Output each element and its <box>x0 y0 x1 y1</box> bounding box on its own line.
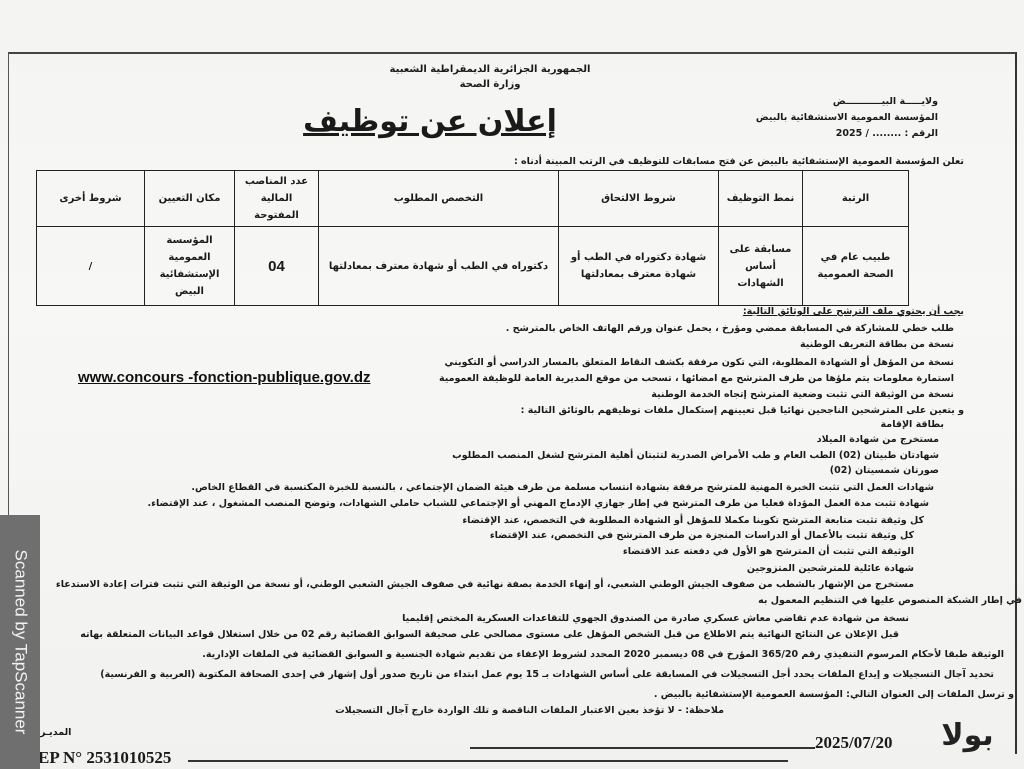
doc-item: مستخرج من الإشهار بالشطب من صفوف الجيش ا… <box>34 578 914 591</box>
cell-rank: طبيب عام في الصحة العمومية <box>803 227 909 306</box>
institution-name: المؤسسة العمومية الاستشفائية بالبيض <box>678 110 938 126</box>
date-underline <box>470 747 815 749</box>
cell-place: المؤسسة العمومية الإستشفائية البيض <box>145 227 235 306</box>
table-header-row: الرتبة نمط التوظيف شروط الالتحاق التخصص … <box>37 171 909 227</box>
doc-item: شهادة عائلية للمترشحين المتزوجين <box>34 562 914 575</box>
doc-item: نسخة من المؤهل أو الشهادة المطلوبة، التي… <box>74 356 954 369</box>
docs-heading: يجب أن يحتوي ملف الترشح على الوثائق التا… <box>84 305 964 318</box>
doc-item: نسخة من الوثيقة التي تثبت وضعية المترشح … <box>74 388 954 401</box>
table-row: طبيب عام في الصحة العمومية مسابقة على أس… <box>37 227 909 306</box>
doc-item: شهادتان طبيتان (02) الطب العام و طب الأم… <box>59 449 939 462</box>
successful-intro: و يتعين على المترشحين الناجحين نهائيا قب… <box>84 404 964 417</box>
doc-item: نسخة من بطاقة التعريف الوطنية <box>74 338 954 351</box>
cell-access-conditions: شهادة دكتوراه في الطب أو شهادة معترف بمع… <box>559 227 719 306</box>
reference-underline <box>188 760 788 762</box>
doc-item: مستخرج من شهادة الميلاد <box>59 433 939 446</box>
republic-name: الجمهورية الجزائرية الديمقراطية الشعبية <box>340 62 640 77</box>
col-rank: الرتبة <box>803 171 909 227</box>
doc-item: نسخة من شهادة عدم تقاضي معاش عسكري صادرة… <box>29 612 909 625</box>
wilaya-name: ولايـــــة البيـــــــــــض <box>678 94 938 110</box>
col-place: مكان التعيين <box>145 171 235 227</box>
signer-label: المديـر <box>40 727 71 738</box>
positions-table: الرتبة نمط التوظيف شروط الالتحاق التخصص … <box>36 170 909 306</box>
closing-line: و ترسل الملفات إلى العنوان التالي: المؤس… <box>134 688 1014 701</box>
scanned-page: الجمهورية الجزائرية الديمقراطية الشعبية … <box>0 0 1024 769</box>
watermark-text: Scanned by TapScanner <box>10 550 30 735</box>
intro-text: تعلن المؤسسة العمومية الإستشفائية بالبيض… <box>264 156 964 167</box>
header-right: ولايـــــة البيـــــــــــض المؤسسة العم… <box>678 94 938 142</box>
fonction-publique-link[interactable]: www.concours -fonction-publique.gov.dz <box>78 369 370 386</box>
page-title: إعلان عن توظيف <box>260 104 600 139</box>
cell-other-conditions: / <box>37 227 145 306</box>
doc-item: استمارة معلومات يتم ملؤها من طرف المترشح… <box>334 372 954 385</box>
handwritten-stamp: بولا <box>920 718 1015 760</box>
cell-recruitment-mode: مسابقة على أساس الشهادات <box>719 227 803 306</box>
col-access-conditions: شروط الالتحاق <box>559 171 719 227</box>
closing-line: قبل الإعلان عن النتائج النهائية يتم الاط… <box>19 628 899 641</box>
document-reference-number: EP N° 2531010525 <box>38 748 171 768</box>
reference-number: الرقم : ........ / 2025 <box>678 126 938 142</box>
signature-date: 2025/07/20 <box>815 733 892 753</box>
doc-item: في إطار الشبكة المنصوص عليها في التنظيم … <box>142 594 1022 607</box>
doc-item: شهادة تثبت مدة العمل المؤداة فعليا من طر… <box>49 497 929 510</box>
cell-positions: 04 <box>235 227 319 306</box>
header-center: الجمهورية الجزائرية الديمقراطية الشعبية … <box>340 62 640 92</box>
doc-item: بطاقة الإقامة <box>64 418 944 431</box>
closing-line: تحديد آجال التسجيلات و إيداع الملفات يحد… <box>114 668 994 681</box>
note-label: ملاحظة: <box>685 705 724 716</box>
col-other-conditions: شروط أخرى <box>37 171 145 227</box>
note-text: - لا تؤخذ بعين الاعتبار الملفات الناقصة … <box>335 705 682 716</box>
cell-specialty: دكتوراه في الطب أو شهادة معترف بمعادلتها <box>319 227 559 306</box>
doc-item: كل وثيقة تثبت متابعة المترشح تكوينا مكمل… <box>44 514 924 527</box>
doc-item: شهادات العمل التي تثبت الخبرة المهنية لل… <box>54 481 934 494</box>
col-specialty: التخصص المطلوب <box>319 171 559 227</box>
col-recruitment-mode: نمط التوظيف <box>719 171 803 227</box>
col-positions: عدد المناصب المالية المفتوحة <box>235 171 319 227</box>
doc-item: طلب خطي للمشاركة في المسابقة ممضي ومؤرخ … <box>74 322 954 335</box>
doc-item: الوثيقة التي تثبت أن المترشح هو الأول في… <box>34 545 914 558</box>
note-line: ملاحظة: - لا تؤخذ بعين الاعتبار الملفات … <box>164 704 724 717</box>
ministry-name: وزارة الصحة <box>340 77 640 92</box>
closing-line: الوثيقة طبقا لأحكام المرسوم التنفيذي رقم… <box>124 648 1004 661</box>
scanner-watermark: Scanned by TapScanner <box>0 515 40 769</box>
doc-item: صورتان شمسيتان (02) <box>59 464 939 477</box>
doc-item: كل وثيقة تثبت بالأعمال أو الدراسات المنج… <box>34 529 914 542</box>
